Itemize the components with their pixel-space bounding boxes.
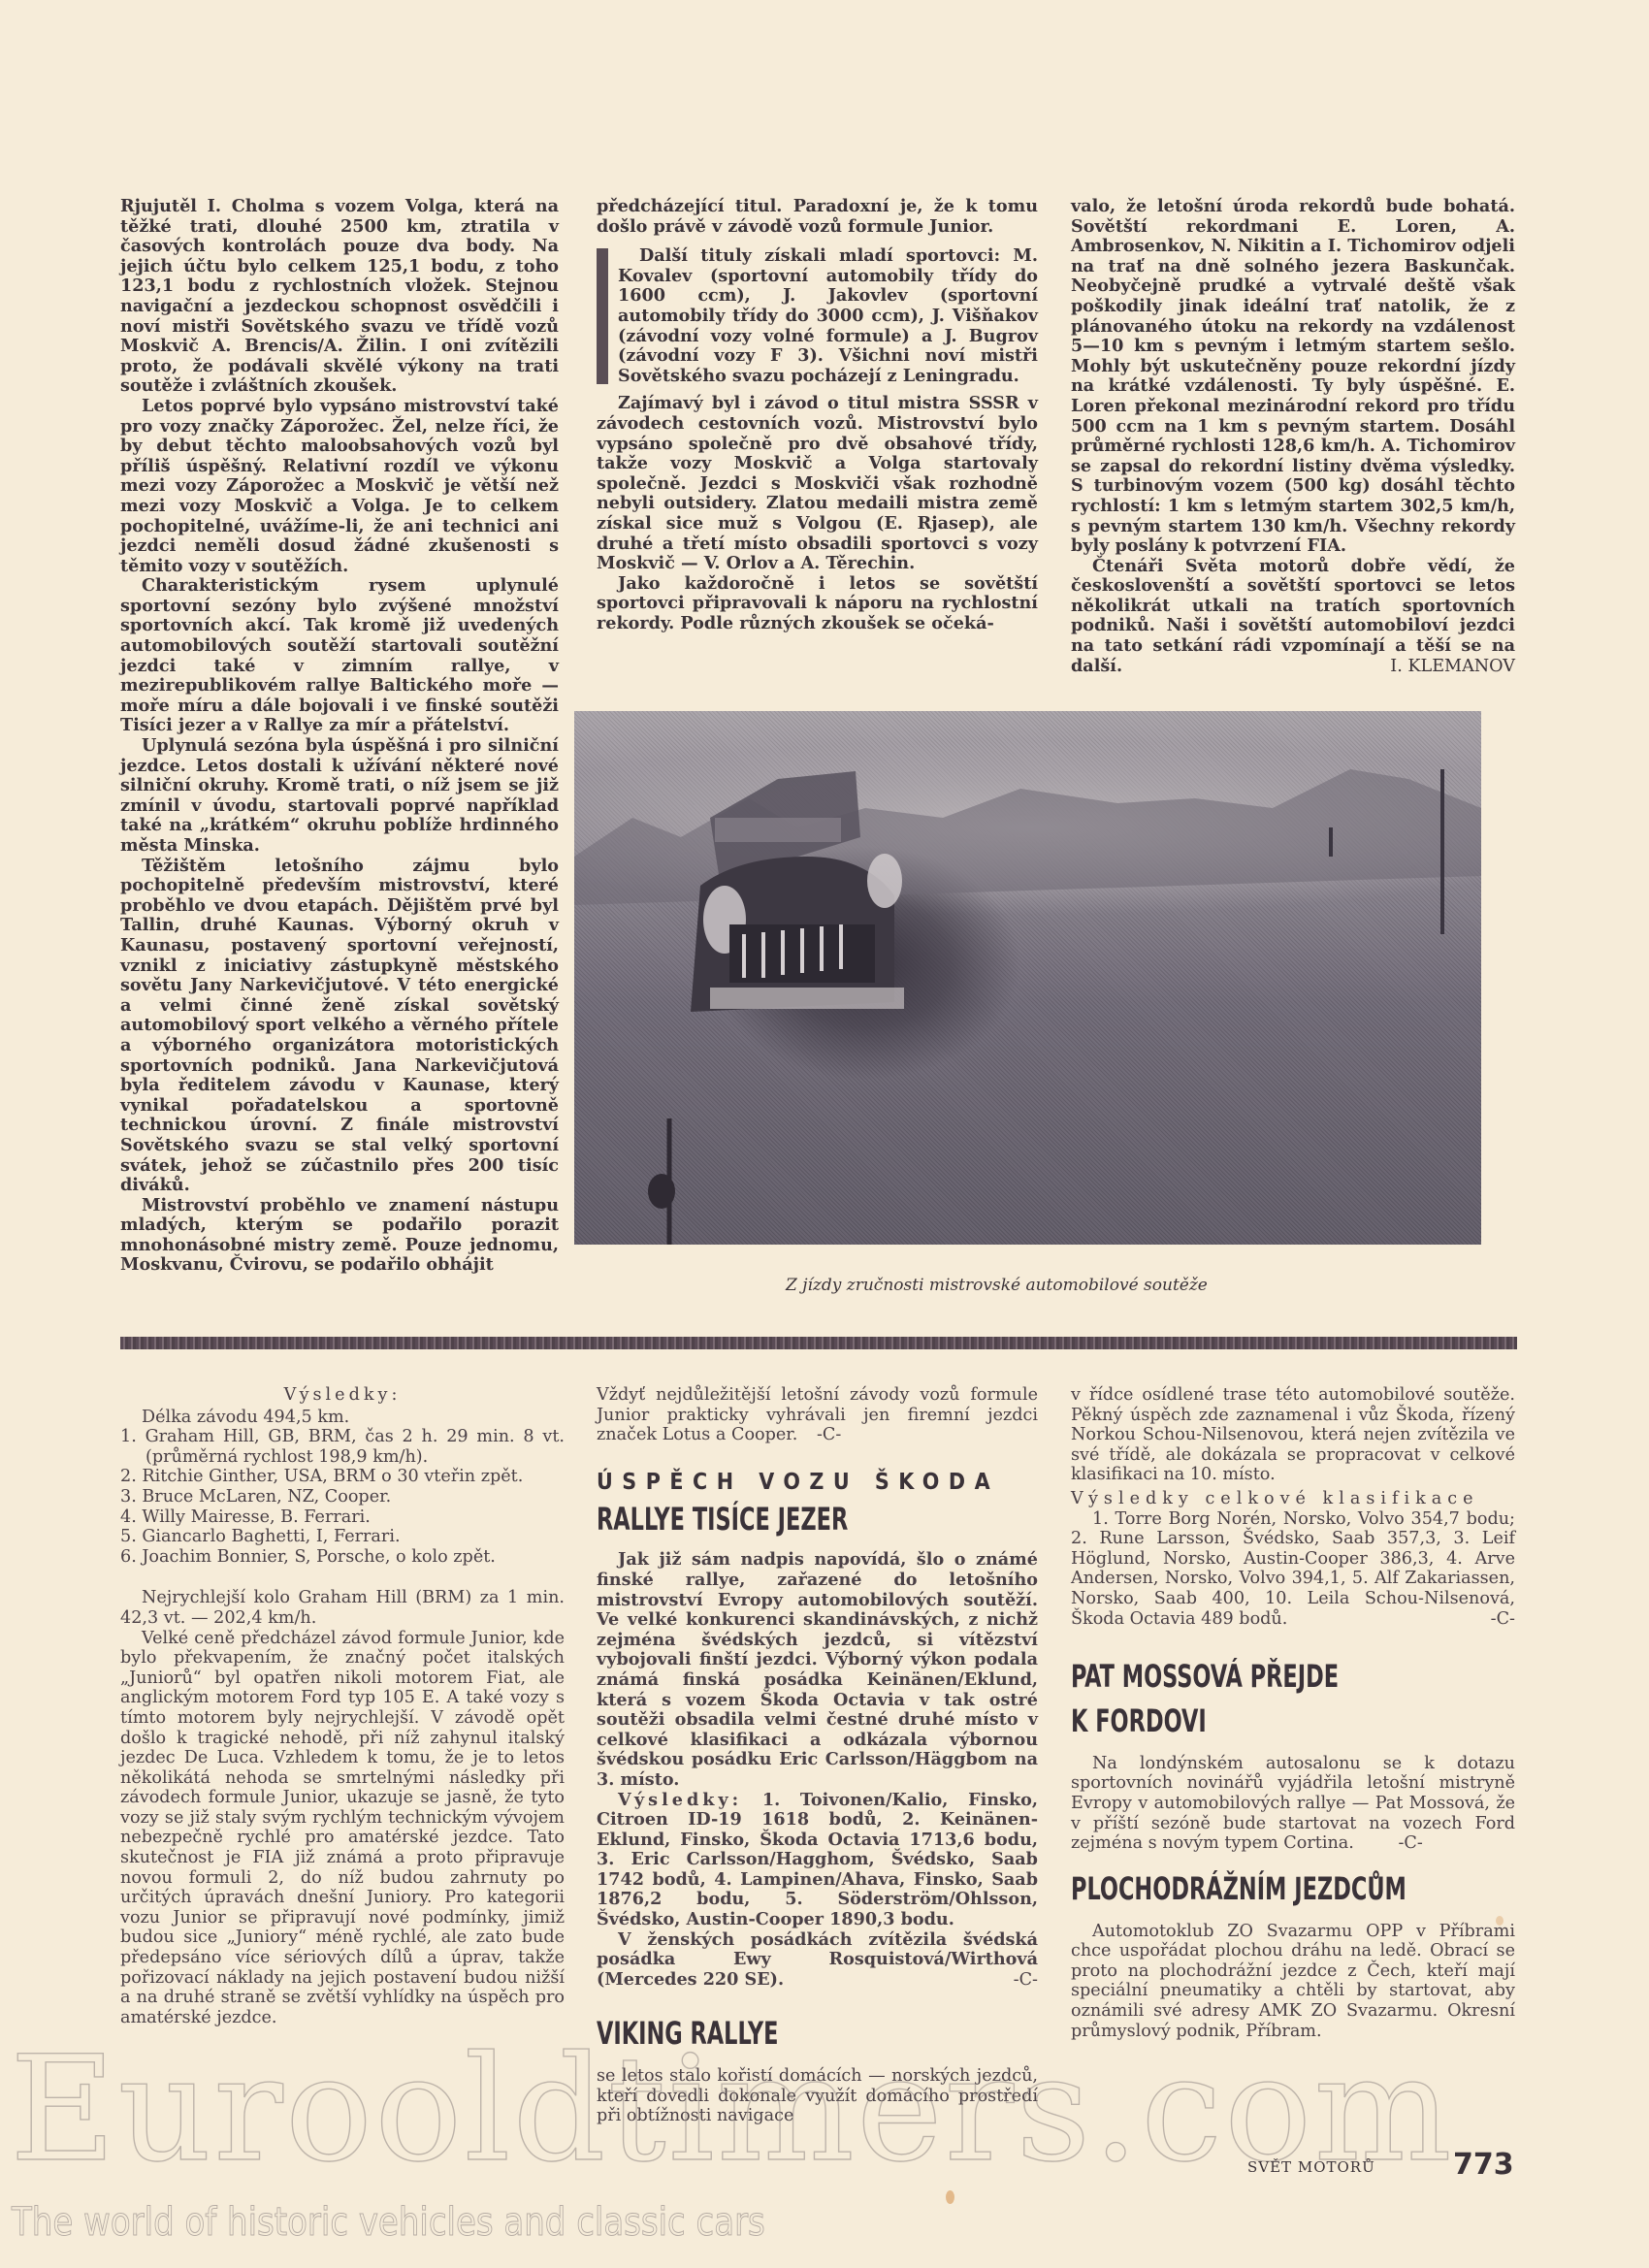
paragraph: se letos stalo kořistí domácích — norský…	[597, 2066, 1038, 2126]
paragraph: valo, že letošní úroda rekordů bude boha…	[1071, 197, 1515, 557]
watermark-tagline: The world of historic vehicles and class…	[12, 2200, 765, 2245]
section-headline: RALLYE TISÍCE JEZER	[597, 1502, 941, 1537]
paragraph: Charakteristickým rysem uplynulé sportov…	[120, 576, 559, 736]
section-kicker: ÚSPĚCH VOZU ŠKODA	[597, 1473, 1038, 1493]
article-column-1: Rjujutěl I. Cholma s vozem Volga, která …	[120, 197, 559, 1276]
paragraph: Mistrovství proběhlo ve znamení nástupu …	[120, 1196, 559, 1276]
photo-caption: Z jízdy zručnosti mistrovské automobilov…	[786, 1276, 1208, 1295]
section-headline: PAT MOSSOVÁ PŘEJDE	[1071, 1657, 1417, 1696]
paragraph: Zajímavý byl i závod o titul mistra SSSR…	[597, 394, 1038, 573]
section-headline: K FORDOVI	[1071, 1701, 1417, 1740]
paragraph: Jako každoročně i letos se sovětští spor…	[597, 574, 1038, 634]
paragraph: Rjujutěl I. Cholma s vozem Volga, která …	[120, 197, 559, 397]
signature: -C-	[1398, 1833, 1422, 1853]
signature: -C-	[817, 1425, 841, 1444]
results-text: 1. Toivonen/Kalio, Finsko, Citroen ID-19…	[597, 1790, 1038, 1930]
section-headline: VIKING RALLYE	[597, 2014, 941, 2053]
news-column: v řídce osídlené trase této automobilové…	[1071, 1385, 1515, 2041]
highlight-box: Další tituly získali mladí sportovci: M.…	[597, 246, 1038, 386]
paragraph: předcházející titul. Paradoxní je, že k …	[597, 197, 1038, 237]
result-item: 4. Willy Mairesse, B. Ferrari.	[120, 1507, 565, 1528]
paragraph: Automotoklub ZO Svazarmu OPP v Příbrami …	[1071, 1922, 1515, 2042]
paragraph: Na londýnském autosalonu se k dotazu spo…	[1071, 1754, 1515, 1854]
paragraph: Těžištěm letošního zájmu bylo pochopitel…	[120, 857, 559, 1196]
highlight-text: Další tituly získali mladí sportovci: M.…	[618, 246, 1038, 386]
paragraph: Velké ceně předcházel závod formule Juni…	[120, 1629, 565, 2028]
car-photo-illustration	[574, 711, 1481, 1245]
article-column-2: předcházející titul. Paradoxní je, že k …	[597, 197, 1038, 633]
section-divider	[120, 1337, 1517, 1349]
results-label: Výsledky:	[618, 1790, 742, 1810]
results-heading: Výsledky celkové klasifikace	[1071, 1489, 1515, 1509]
formula-column: Výsledky: Délka závodu 494,5 km. 1. Grah…	[120, 1385, 565, 2027]
author-signature: I. KLEMANOV	[1071, 657, 1515, 677]
result-item: 6. Joachim Bonnier, S, Porsche, o kolo z…	[120, 1547, 565, 1568]
article-column-3: valo, že letošní úroda rekordů bude boha…	[1071, 197, 1515, 677]
race-length: Délka závodu 494,5 km.	[120, 1408, 565, 1428]
result-item: 5. Giancarlo Baghetti, I, Ferrari.	[120, 1527, 565, 1547]
page-number: 773	[1453, 2148, 1514, 2182]
results-list: 1. Graham Hill, GB, BRM, čas 2 h. 29 min…	[120, 1427, 565, 1567]
paper-stain	[946, 2190, 954, 2204]
highlight-bar	[597, 248, 608, 384]
paragraph: Letos poprvé bylo vypsáno mistrovství ta…	[120, 397, 559, 576]
results-heading: Výsledky:	[120, 1385, 565, 1406]
paper-stain	[1496, 1916, 1503, 1926]
result-item: 1. Graham Hill, GB, BRM, čas 2 h. 29 min…	[120, 1427, 565, 1467]
rally-column: Vždyť nejdůležitější letošní závody vozů…	[597, 1385, 1038, 2126]
result-item: 2. Ritchie Ginther, USA, BRM o 30 vteřin…	[120, 1467, 565, 1487]
magazine-name: SVĚT MOTORŮ	[1247, 2158, 1375, 2176]
paragraph: v řídce osídlené trase této automobilové…	[1071, 1385, 1515, 1485]
paragraph: Vždyť nejdůležitější letošní závody vozů…	[597, 1385, 1038, 1445]
article-photo	[574, 711, 1481, 1245]
body-text: Na londýnském autosalonu se k dotazu spo…	[1071, 1754, 1515, 1853]
result-item: 3. Bruce McLaren, NZ, Cooper.	[120, 1487, 565, 1507]
paragraph: Výsledky: 1. Toivonen/Kalio, Finsko, Cit…	[597, 1791, 1038, 1930]
section-headline: PLOCHODRÁŽNÍM JEZDCŮM	[1071, 1869, 1417, 1908]
paragraph: Uplynulá sezóna byla úspěšná i pro silni…	[120, 736, 559, 857]
fastest-lap: Nejrychlejší kolo Graham Hill (BRM) za 1…	[120, 1588, 565, 1628]
paragraph: Jak již sám nadpis napovídá, šlo o známé…	[597, 1550, 1038, 1790]
